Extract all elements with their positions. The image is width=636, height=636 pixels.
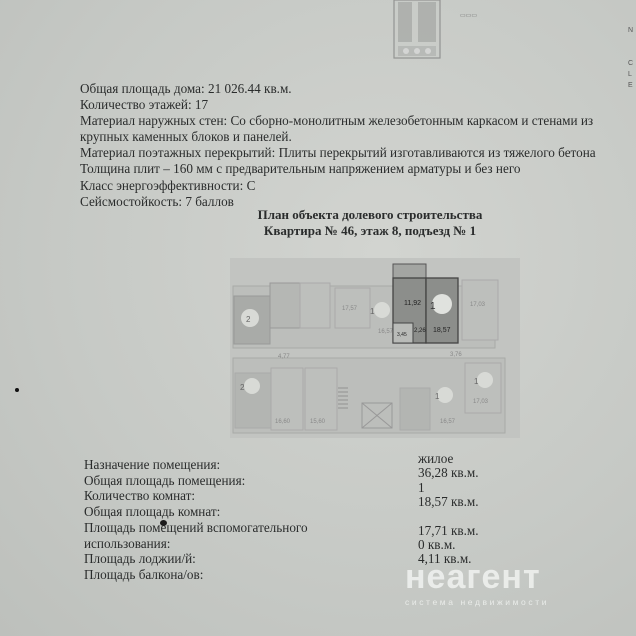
svg-text:11,92: 11,92 bbox=[404, 300, 421, 307]
value-purpose: жилое bbox=[418, 452, 618, 466]
plan-title-line1: План объекта долевого строительства bbox=[200, 207, 540, 223]
label-balcony-area: Площадь балкона/ов: bbox=[84, 567, 404, 583]
label-purpose: Назначение помещения: bbox=[84, 457, 404, 473]
floors-count: Количество этажей: 17 bbox=[80, 97, 625, 113]
svg-text:17,03: 17,03 bbox=[473, 399, 489, 405]
label-auxiliary-area: Площадь помещений вспомогательного bbox=[84, 520, 404, 536]
label-rooms-area: Общая площадь комнат: bbox=[84, 504, 404, 520]
plan-title: План объекта долевого строительства Квар… bbox=[200, 207, 540, 239]
top-floorplan-fragment bbox=[392, 0, 442, 62]
svg-text:1: 1 bbox=[435, 392, 440, 401]
property-values: жилое 36,28 кв.м. 1 18,57 кв.м. 17,71 кв… bbox=[418, 452, 618, 567]
value-loggia-area: 0 кв.м. bbox=[418, 538, 618, 552]
value-room-count: 1 bbox=[418, 481, 618, 495]
svg-text:16,60: 16,60 bbox=[275, 419, 291, 425]
svg-text:3,76: 3,76 bbox=[450, 352, 462, 358]
spacer bbox=[418, 510, 618, 524]
svg-text:1: 1 bbox=[370, 307, 375, 316]
plan-title-line2: Квартира № 46, этаж 8, подъезд № 1 bbox=[200, 223, 540, 239]
ink-dot bbox=[15, 388, 19, 392]
top-plan-label: ▭▭▭ bbox=[460, 12, 477, 19]
watermark: неагент система недвижимости bbox=[405, 560, 605, 607]
property-labels: Назначение помещения: Общая площадь поме… bbox=[84, 457, 404, 583]
watermark-logo: неагент bbox=[405, 560, 605, 594]
wall-material: Материал наружных стен: Со сборно-моноли… bbox=[80, 113, 625, 145]
value-auxiliary-area: 17,71 кв.м. bbox=[418, 524, 618, 538]
value-total-area: 36,28 кв.м. bbox=[418, 466, 618, 480]
label-total-area: Общая площадь помещения: bbox=[84, 473, 404, 489]
svg-text:16,57: 16,57 bbox=[378, 329, 394, 335]
room-count-label: 2 bbox=[246, 315, 251, 324]
highlight-room-count: 1 bbox=[430, 301, 436, 312]
floorplan: 2 1 17,57 16,57 1 11,92 2,26 18,57 3,45 … bbox=[230, 258, 520, 438]
svg-text:17,03: 17,03 bbox=[470, 302, 486, 308]
watermark-subtitle: система недвижимости bbox=[405, 597, 605, 607]
slab-thickness: Толщина плит – 160 мм с предварительным … bbox=[80, 161, 625, 177]
svg-text:3,45: 3,45 bbox=[397, 332, 407, 338]
svg-text:2: 2 bbox=[240, 383, 245, 392]
svg-text:4,77: 4,77 bbox=[278, 354, 290, 360]
value-rooms-area: 18,57 кв.м. bbox=[418, 495, 618, 509]
svg-text:17,57: 17,57 bbox=[342, 306, 358, 312]
label-room-count: Количество комнат: bbox=[84, 488, 404, 504]
svg-text:15,60: 15,60 bbox=[310, 419, 326, 425]
svg-text:18,57: 18,57 bbox=[433, 327, 451, 334]
svg-text:16,57: 16,57 bbox=[440, 419, 456, 425]
edge-marks: NCLE bbox=[628, 25, 633, 91]
label-auxiliary-area-cont: использования: bbox=[84, 536, 404, 552]
ink-blot bbox=[160, 520, 167, 526]
building-info: Общая площадь дома: 21 026.44 кв.м. Коли… bbox=[80, 81, 625, 210]
svg-text:1: 1 bbox=[474, 377, 479, 386]
svg-text:2,26: 2,26 bbox=[414, 328, 426, 334]
energy-class: Класс энергоэффективности: С bbox=[80, 178, 625, 194]
slab-material: Материал поэтажных перекрытий: Плиты пер… bbox=[80, 145, 625, 161]
total-area: Общая площадь дома: 21 026.44 кв.м. bbox=[80, 81, 625, 97]
label-loggia-area: Площадь лоджии/й: bbox=[84, 551, 404, 567]
